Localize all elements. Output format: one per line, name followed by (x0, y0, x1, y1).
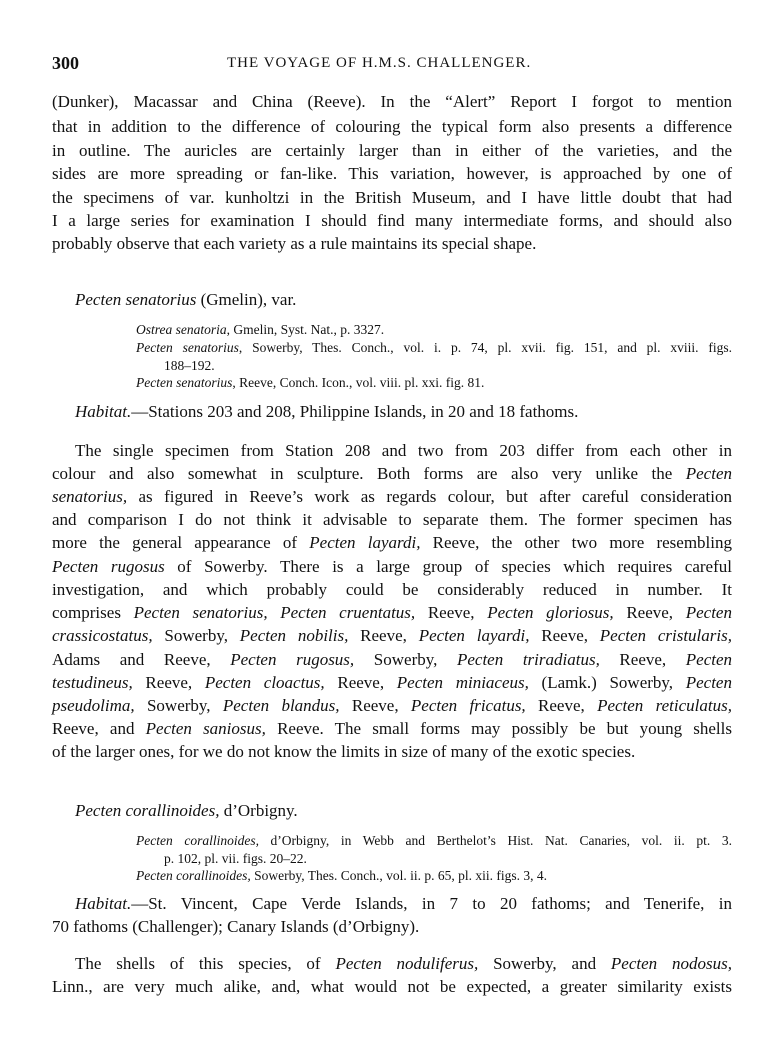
species-name: Pecten corallinoides, (75, 801, 219, 820)
text-line: Pecten rugosus of Sowerby. There is a la… (52, 556, 732, 578)
text-line: Reeve, and Pecten saniosus, Reeve. The s… (52, 718, 732, 740)
synonym-continuation: 188–192. (164, 357, 732, 374)
synonym-name: Pecten corallinoides, (136, 868, 251, 883)
habitat-line: Habitat.—Stations 203 and 208, Philippin… (75, 402, 578, 422)
species-heading: Pecten senatorius (Gmelin), var. (75, 290, 296, 310)
text-line: testudineus, Reeve, Pecten cloactus, Ree… (52, 672, 732, 694)
species-name: Pecten senatorius (75, 290, 196, 309)
running-title: THE VOYAGE OF H.M.S. CHALLENGER. (227, 55, 531, 72)
species-heading: Pecten corallinoides, d’Orbigny. (75, 801, 298, 821)
document-page: 300 THE VOYAGE OF H.M.S. CHALLENGER. (Du… (0, 0, 776, 1050)
text-line: Linn., are very much alike, and, what wo… (52, 976, 732, 998)
synonym-continuation: p. 102, pl. vii. figs. 20–22. (164, 850, 732, 867)
synonym-name: Pecten senatorius (136, 340, 239, 355)
text-line: pseudolima, Sowerby, Pecten blandus, Ree… (52, 695, 732, 717)
synonym-entry: Pecten senatorius, Reeve, Conch. Icon., … (136, 374, 732, 391)
synonym-entry: Ostrea senatoria, Gmelin, Syst. Nat., p.… (136, 321, 732, 338)
synonym-entry: Pecten senatorius, Sowerby, Thes. Conch.… (136, 339, 732, 356)
text-line: and comparison I do not think it advisab… (52, 509, 732, 531)
synonym-name: Ostrea senatoria (136, 322, 227, 337)
text-line: The single specimen from Station 208 and… (75, 440, 732, 462)
habitat-label: Habitat. (75, 402, 131, 421)
species-authority: (Gmelin), var. (196, 290, 296, 309)
synonym-name: Pecten corallinoides, (136, 833, 259, 848)
text-line: of the larger ones, for we do not know t… (52, 741, 732, 763)
text-line: probably observe that each variety as a … (52, 233, 732, 255)
text-line: crassicostatus, Sowerby, Pecten nobilis,… (52, 625, 732, 647)
habitat-line-continued: 70 fathoms (Challenger); Canary Islands … (52, 916, 732, 938)
text-line: The shells of this species, of Pecten no… (75, 953, 732, 975)
text-line: comprises Pecten senatorius, Pecten crue… (52, 602, 732, 624)
synonym-ref: d’Orbigny, in Webb and Berthelot’s Hist.… (259, 833, 732, 848)
synonym-entry: Pecten corallinoides, Sowerby, Thes. Con… (136, 867, 732, 884)
text-line: investigation, and which probably could … (52, 579, 732, 601)
page-number: 300 (52, 53, 79, 74)
synonym-ref: , Sowerby, Thes. Conch., vol. i. p. 74, … (239, 340, 732, 355)
text-line: (Dunker), Macassar and China (Reeve). In… (52, 91, 732, 113)
text-line: Adams and Reeve, Pecten rugosus, Sowerby… (52, 649, 732, 671)
habitat-label: Habitat. (75, 894, 131, 913)
text-line: sides are more spreading or fan-like. Th… (52, 163, 732, 185)
synonym-entry: Pecten corallinoides, d’Orbigny, in Webb… (136, 832, 732, 849)
text-line: the specimens of var. kunholtzi in the B… (52, 187, 732, 209)
text-line: colour and also somewhat in sculpture. B… (52, 463, 732, 485)
synonym-ref: , Reeve, Conch. Icon., vol. viii. pl. xx… (232, 375, 484, 390)
habitat-text: —St. Vincent, Cape Verde Islands, in 7 t… (131, 894, 732, 913)
habitat-text: —Stations 203 and 208, Philippine Island… (131, 402, 578, 421)
text-line: that in addition to the difference of co… (52, 116, 732, 138)
synonym-ref: Sowerby, Thes. Conch., vol. ii. p. 65, p… (251, 868, 547, 883)
synonym-name: Pecten senatorius (136, 375, 232, 390)
synonym-ref: , Gmelin, Syst. Nat., p. 3327. (227, 322, 385, 337)
text-line: more the general appearance of Pecten la… (52, 532, 732, 554)
habitat-line: Habitat.—St. Vincent, Cape Verde Islands… (75, 893, 732, 915)
text-line: I a large series for examination I shoul… (52, 210, 732, 232)
species-authority: d’Orbigny. (219, 801, 297, 820)
text-line: senatorius, as figured in Reeve’s work a… (52, 486, 732, 508)
text-line: in outline. The auricles are certainly l… (52, 140, 732, 162)
